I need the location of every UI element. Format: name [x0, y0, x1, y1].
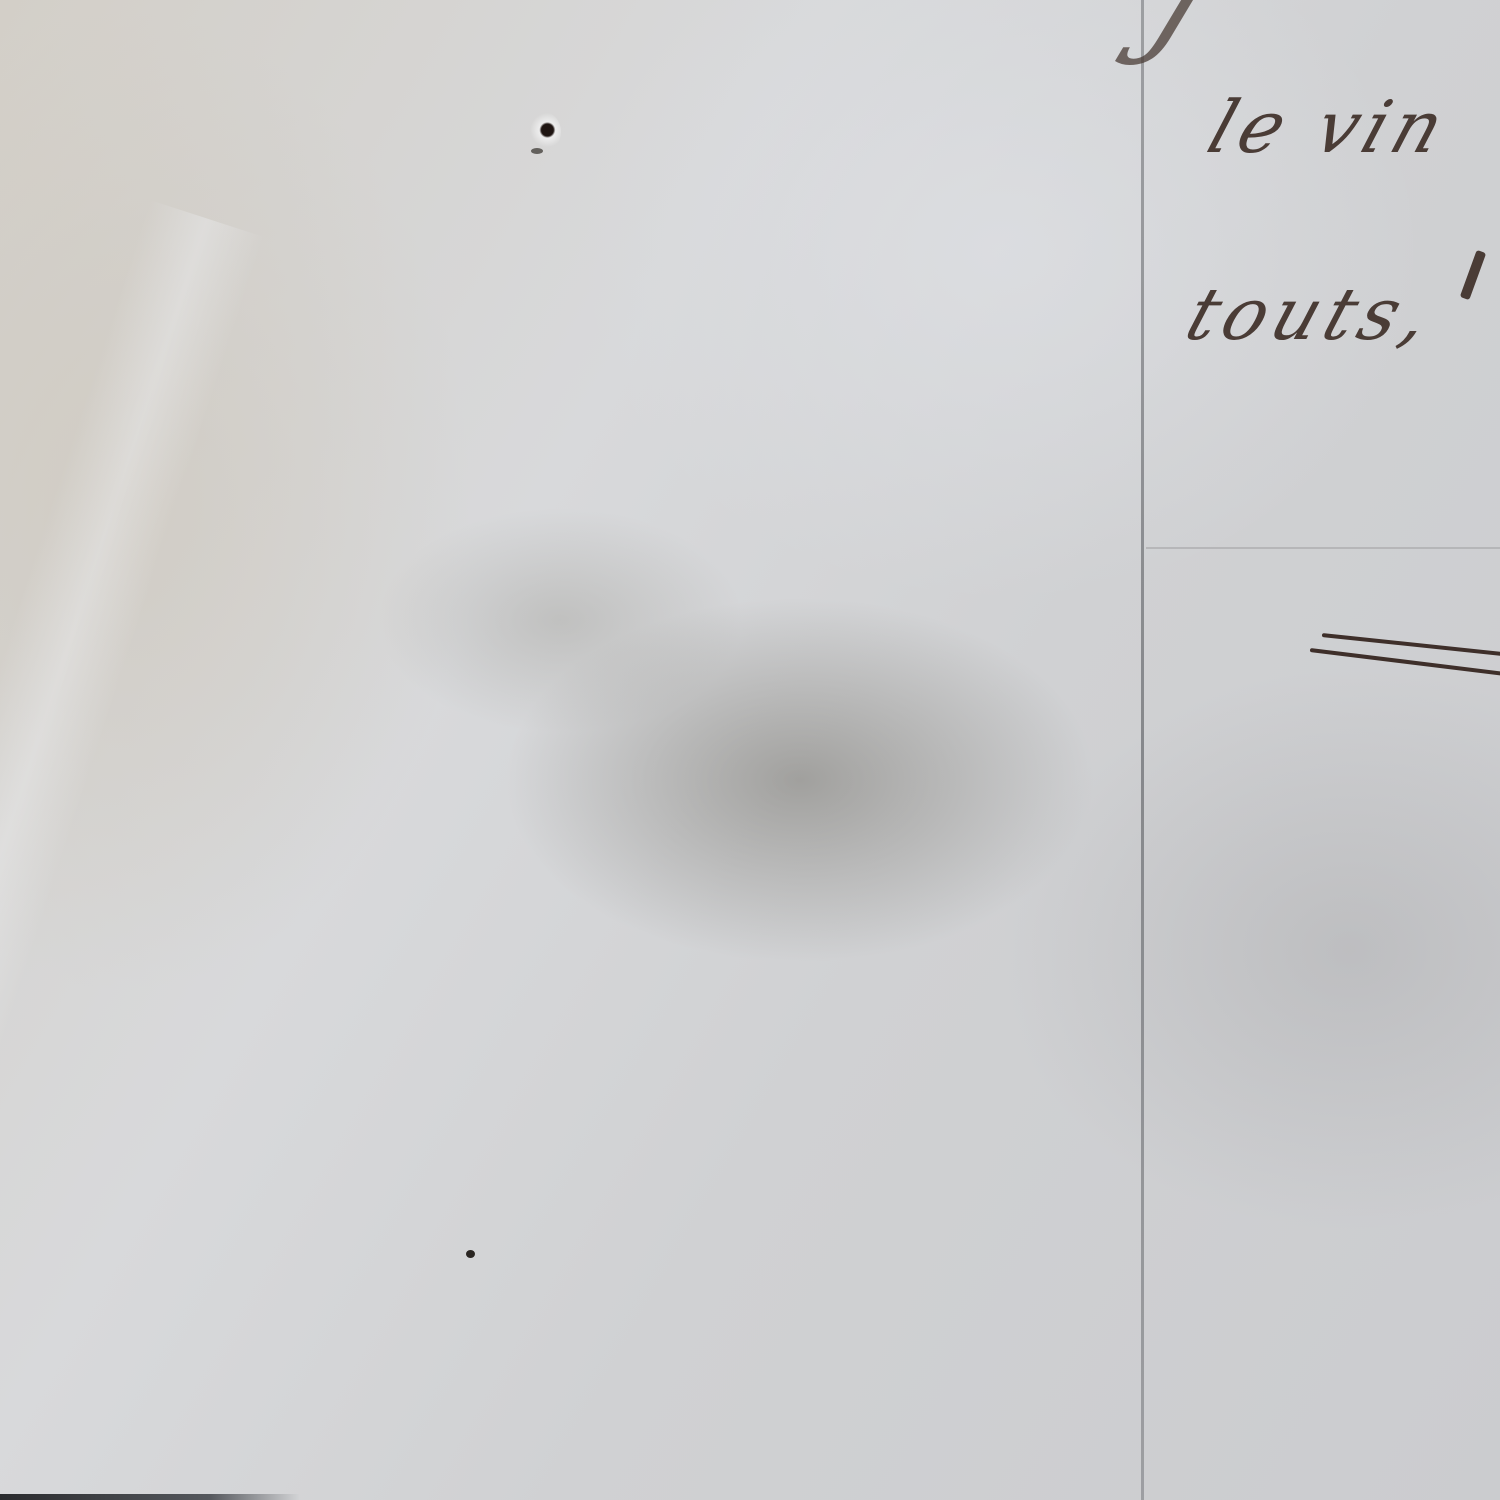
paper-hole: [527, 112, 561, 152]
ink-speck: [466, 1250, 475, 1258]
handwriting-fragment-top: J: [1132, 0, 1242, 69]
document-page: J le vin touts,: [0, 0, 1500, 1500]
handwriting-stroke: [1460, 250, 1486, 300]
horizontal-pencil-rule: [1146, 547, 1500, 549]
vertical-margin-line: [1141, 0, 1144, 1500]
paper-fold-highlight: [0, 200, 264, 1473]
handwriting-line-1: le vin: [1198, 85, 1460, 169]
hole-smudge: [531, 148, 543, 154]
handwriting-line-2: touts,: [1176, 272, 1447, 356]
page-bottom-edge: [0, 1494, 300, 1500]
